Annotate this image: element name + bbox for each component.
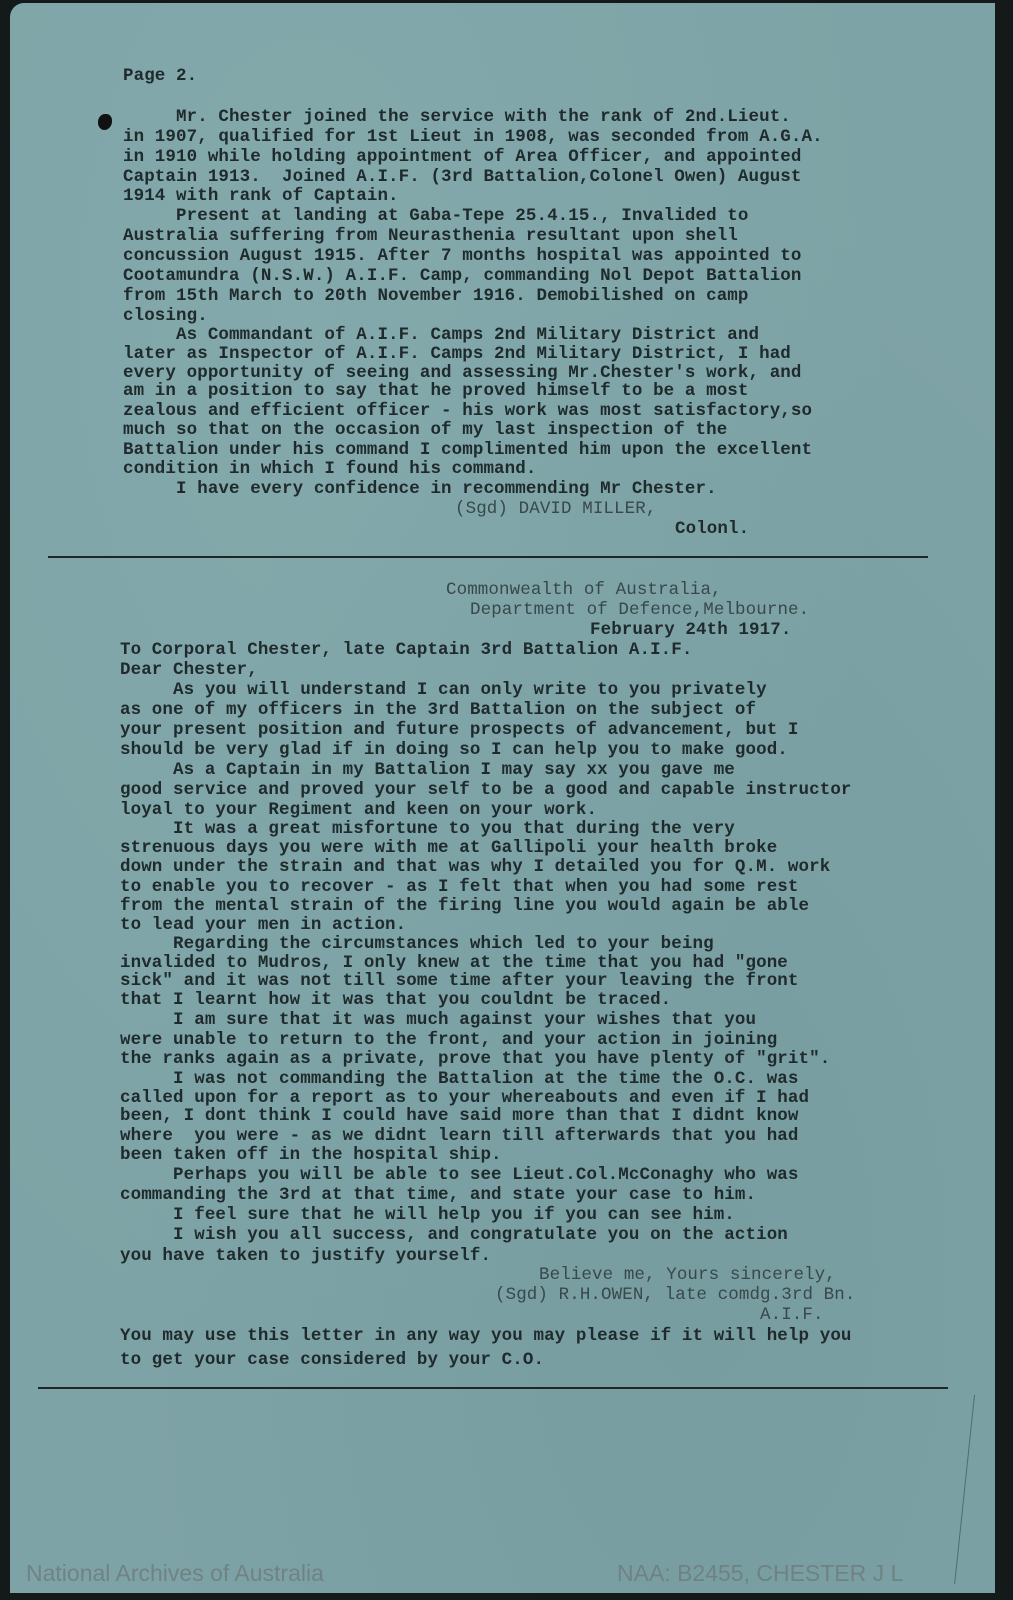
signature-miller: (Sgd) DAVID MILLER, xyxy=(455,499,656,519)
text-line: It was a great misfortune to you that du… xyxy=(120,819,735,839)
text-line: I wish you all success, and congratulate… xyxy=(120,1225,788,1245)
text-line: strenuous days you were with me at Galli… xyxy=(120,838,777,858)
section-divider-bottom xyxy=(38,1387,948,1389)
text-line: I feel sure that he will help you if you… xyxy=(120,1205,735,1225)
text-line: I am sure that it was much against your … xyxy=(120,1010,756,1030)
text-line: your present position and future prospec… xyxy=(120,720,799,740)
text-line: 1914 with rank of Captain. xyxy=(123,186,399,206)
text-line: Perhaps you will be able to see Lieut.Co… xyxy=(120,1165,799,1185)
text-line: condition in which I found his command. xyxy=(123,459,536,479)
text-line: called upon for a report as to your wher… xyxy=(120,1088,809,1108)
text-line: that I learnt how it was that you couldn… xyxy=(120,990,671,1010)
text-line: loyal to your Regiment and keen on your … xyxy=(120,800,597,820)
closing: Believe me, Yours sincerely, xyxy=(539,1265,836,1285)
signature-owen: (Sgd) R.H.OWEN, late comdg.3rd Bn. xyxy=(495,1285,855,1305)
signature-unit: A.I.F. xyxy=(760,1305,824,1325)
text-line: As Commandant of A.I.F. Camps 2nd Milita… xyxy=(123,325,759,345)
text-line: Battalion under his command I compliment… xyxy=(123,440,812,460)
text-line: should be very glad if in doing so I can… xyxy=(120,740,788,760)
text-line: Mr. Chester joined the service with the … xyxy=(123,107,791,127)
text-line: Captain 1913. Joined A.I.F. (3rd Battali… xyxy=(123,167,802,187)
section-divider xyxy=(48,556,928,558)
postscript-line: to get your case considered by your C.O. xyxy=(120,1350,544,1370)
text-line: to lead your men in action. xyxy=(120,915,406,935)
text-line: am in a position to say that he proved h… xyxy=(123,381,749,401)
text-line: been taken off in the hospital ship. xyxy=(120,1145,502,1165)
text-line: been, I dont think I could have said mor… xyxy=(120,1106,799,1126)
text-line: invalided to Mudros, I only knew at the … xyxy=(120,953,788,973)
text-line: Present at landing at Gaba-Tepe 25.4.15.… xyxy=(123,206,749,226)
salutation: Dear Chester, xyxy=(120,660,258,680)
text-line: good service and proved your self to be … xyxy=(120,780,852,800)
text-line: every opportunity of seeing and assessin… xyxy=(123,363,802,383)
text-line: you have taken to justify yourself. xyxy=(120,1246,491,1266)
text-line: from 15th March to 20th November 1916. D… xyxy=(123,286,749,306)
letter-date: February 24th 1917. xyxy=(590,620,791,640)
addressee: To Corporal Chester, late Captain 3rd Ba… xyxy=(120,640,693,660)
postscript-line: You may use this letter in any way you m… xyxy=(120,1326,852,1346)
text-line: Cootamundra (N.S.W.) A.I.F. Camp, comman… xyxy=(123,266,802,286)
text-line: commanding the 3rd at that time, and sta… xyxy=(120,1185,756,1205)
page-label: Page 2. xyxy=(123,66,197,86)
text-line: concussion August 1915. After 7 months h… xyxy=(123,246,802,266)
text-line: where you were - as we didnt learn till … xyxy=(120,1126,799,1146)
text-line: from the mental strain of the firing lin… xyxy=(120,896,809,916)
text-line: later as Inspector of A.I.F. Camps 2nd M… xyxy=(123,344,791,364)
text-line: I was not commanding the Battalion at th… xyxy=(120,1069,799,1089)
text-line: As a Captain in my Battalion I may say x… xyxy=(120,760,735,780)
archive-reference: NAA: B2455, CHESTER J L xyxy=(617,1560,903,1587)
text-line: in 1907, qualified for 1st Lieut in 1908… xyxy=(123,127,823,147)
archive-watermark: National Archives of Australia xyxy=(26,1560,324,1587)
text-line: to enable you to recover - as I felt tha… xyxy=(120,877,799,897)
text-line: sick" and it was not till some time afte… xyxy=(120,971,799,991)
text-line: zealous and efficient officer - his work… xyxy=(123,401,812,421)
text-line: the ranks again as a private, prove that… xyxy=(120,1049,830,1069)
text-line: closing. xyxy=(123,306,208,326)
text-line: as one of my officers in the 3rd Battali… xyxy=(120,700,756,720)
text-line: in 1910 while holding appointment of Are… xyxy=(123,147,802,167)
text-line: were unable to return to the front, and … xyxy=(120,1030,777,1050)
text-line: As you will understand I can only write … xyxy=(120,680,767,700)
text-line: much so that on the occasion of my last … xyxy=(123,420,727,440)
text-line: Australia suffering from Neurasthenia re… xyxy=(123,226,738,246)
letterhead-line: Department of Defence,Melbourne. xyxy=(470,600,809,620)
text-line: down under the strain and that was why I… xyxy=(120,857,830,877)
text-line: Regarding the circumstances which led to… xyxy=(120,934,714,954)
letterhead-line: Commonwealth of Australia, xyxy=(446,580,722,600)
signature-title: Colonl. xyxy=(675,519,749,539)
text-line: I have every confidence in recommending … xyxy=(123,479,717,499)
